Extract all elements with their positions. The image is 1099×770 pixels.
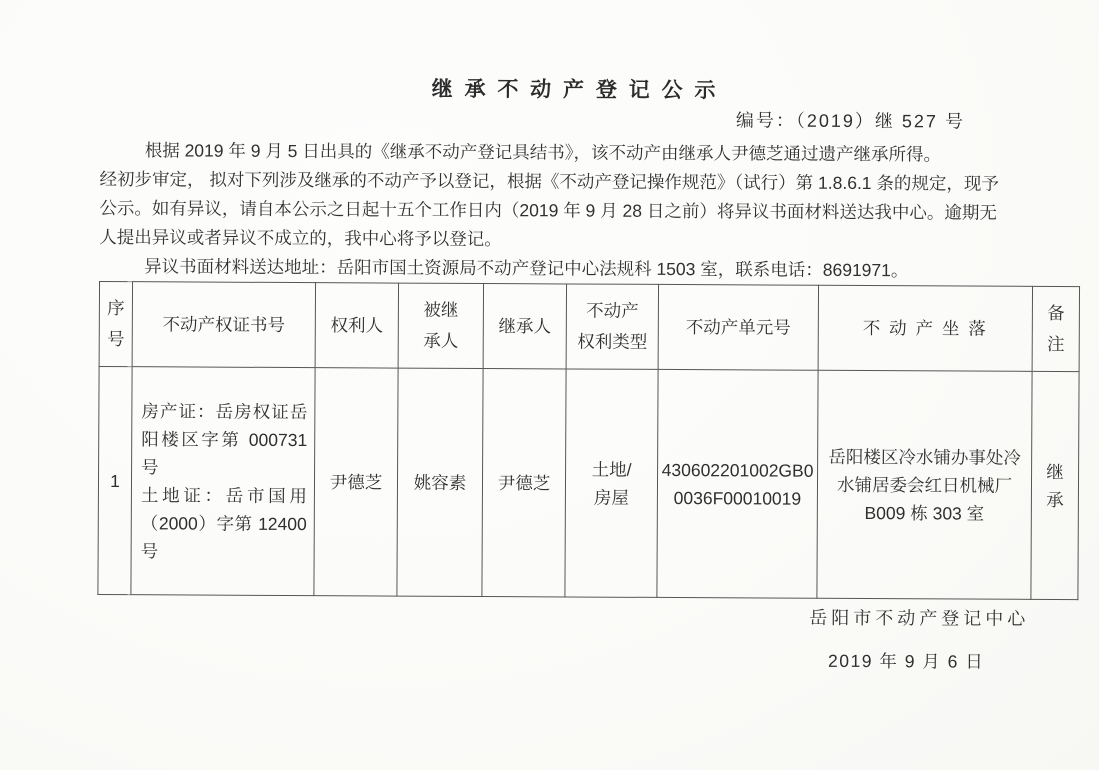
col-header-unit-no: 不动产单元号 (658, 284, 818, 370)
page-title: 继 承 不 动 产 登 记 公 示 (0, 70, 1099, 106)
header-line: 注 (1033, 329, 1079, 360)
remark-line: 承 (1032, 485, 1078, 513)
header-line: 号 (100, 324, 132, 355)
cell-right-type: 土地/ 房屋 (565, 369, 658, 597)
body-line: 人提出异议或者异议不成立的，我中心将予以登记。 (99, 223, 998, 257)
cell-remark: 继 承 (1031, 371, 1079, 599)
remark-line: 继 (1032, 457, 1078, 485)
col-header-decedent: 被继 承人 (398, 283, 483, 368)
cell-seq: 1 (98, 366, 132, 594)
right-type-line: 房屋 (566, 483, 657, 511)
location-line: 岳阳楼区冷水铺办事处冷 (818, 442, 1031, 471)
body-line: 根据 2019 年 9 月 5 日出具的《继承不动产登记具结书》，该不动产由继承… (100, 136, 999, 170)
cell-location: 岳阳楼区冷水铺办事处冷 水铺居委会红日机械厂 B009 栋 303 室 (817, 370, 1032, 599)
table-row: 1 房产证：岳房权证岳 阳楼区字第 000731 号 土地证：岳市国用 （200… (98, 366, 1079, 599)
cert-line: （2000）字第 12400 (141, 509, 307, 538)
cell-cert-no: 房产证：岳房权证岳 阳楼区字第 000731 号 土地证：岳市国用 （2000）… (131, 367, 315, 596)
location-line: 水铺居委会红日机械厂 (818, 470, 1031, 499)
col-header-heir: 继承人 (483, 284, 566, 369)
issue-date: 2019 年 9 月 6 日 (828, 648, 984, 674)
col-header-cert-no: 不动产权证书号 (132, 282, 315, 368)
registration-table: 序 号 不动产权证书号 权利人 被继 承人 继承人 不动产 权利类型 不动产单元… (97, 281, 1080, 600)
cell-holder: 尹德芝 (314, 368, 398, 596)
cell-heir: 尹德芝 (482, 369, 566, 597)
header-line: 备 (1033, 298, 1079, 329)
col-header-holder: 权利人 (315, 283, 398, 368)
location-line: B009 栋 303 室 (818, 498, 1031, 527)
notice-content: 继 承 不 动 产 登 记 公 示 编号：（2019）继 527 号 根据 20… (0, 0, 1099, 770)
col-header-seq: 序 号 (99, 282, 132, 367)
header-line: 不动产 (567, 295, 658, 326)
body-line: 公示。如有异议，请自本公示之日起十五个工作日内（2019 年 9 月 28 日之… (99, 194, 998, 228)
cert-line: 房产证：岳房权证岳 (141, 397, 307, 426)
header-line: 权利类型 (567, 326, 658, 357)
cert-line: 土地证：岳市国用 (141, 481, 307, 510)
col-header-right-type: 不动产 权利类型 (566, 284, 658, 369)
table-header-row: 序 号 不动产权证书号 权利人 被继 承人 继承人 不动产 权利类型 不动产单元… (99, 282, 1079, 372)
header-line: 承人 (399, 326, 483, 357)
unit-no-line: 0036F00010019 (658, 483, 817, 512)
cell-decedent: 姚容素 (397, 368, 483, 596)
scanned-notice-page: 继 承 不 动 产 登 记 公 示 编号：（2019）继 527 号 根据 20… (0, 0, 1099, 770)
header-line: 被继 (399, 295, 483, 326)
col-header-location: 不 动 产 坐 落 (818, 285, 1032, 371)
header-line: 序 (100, 293, 132, 324)
cert-line: 号 (141, 453, 307, 482)
body-line: 异议书面材料送达地址：岳阳市国土资源局不动产登记中心法规科 1503 室，联系电… (99, 252, 998, 286)
issuer-name: 岳阳市不动产登记中心 (809, 604, 1029, 631)
body-line: 经初步审定， 拟对下列涉及继承的不动产予以登记，根据《不动产登记操作规范》（试行… (100, 165, 999, 199)
col-header-remark: 备 注 (1032, 286, 1079, 371)
cert-line: 号 (141, 537, 307, 566)
notice-body: 根据 2019 年 9 月 5 日出具的《继承不动产登记具结书》，该不动产由继承… (99, 136, 999, 286)
doc-number: 编号：（2019）继 527 号 (736, 106, 965, 133)
cert-line: 阳楼区字第 000731 (141, 425, 307, 454)
right-type-line: 土地/ (566, 455, 657, 483)
cell-unit-no: 430602201002GB0 0036F00010019 (657, 369, 818, 598)
unit-no-line: 430602201002GB0 (658, 455, 817, 484)
